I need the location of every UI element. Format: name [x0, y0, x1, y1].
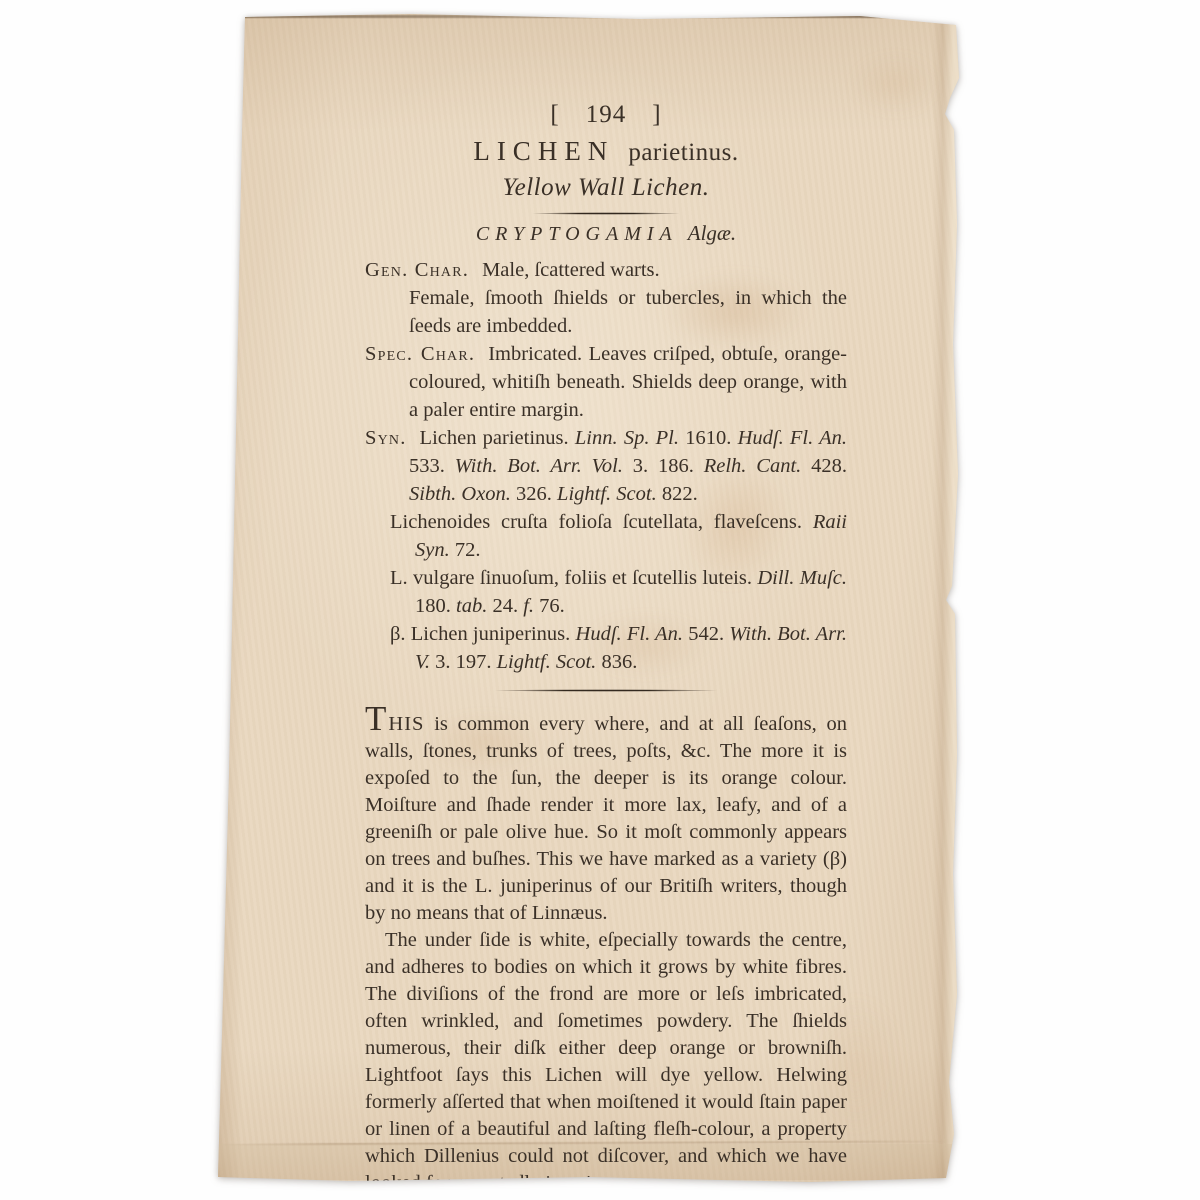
- drop-cap: T: [365, 699, 388, 738]
- page-deckle-edge: [932, 22, 962, 1182]
- entry-text: L. vulgare ſinuoſum, foliis et ſcutellis…: [365, 564, 847, 620]
- body-text: THIS is common every where, and at all ſ…: [365, 701, 847, 1197]
- book-page: [194] LICHENparietinus. Yellow Wall Lich…: [210, 14, 962, 1190]
- entry-label: Gen. Char.: [365, 259, 469, 281]
- gen-char-entry: Gen. Char.Male, ſcattered warts. Female,…: [365, 256, 847, 340]
- page-number-bracket-left: [: [550, 101, 559, 128]
- entry-text: Female, ſmooth ſhields or tubercles, in …: [365, 284, 847, 340]
- classification-class: CRYPTOGAMIA: [476, 223, 678, 245]
- title-species: parietinus.: [628, 139, 738, 166]
- common-name: Yellow Wall Lichen.: [365, 173, 847, 203]
- page-left-edge-shadow: [216, 16, 242, 1180]
- entry-text: Lichenoides cruſta folioſa ſcutellata, f…: [365, 508, 847, 564]
- synonym-juniperinus-entry: β. Lichen juniperinus. Hudſ. Fl. An. 542…: [365, 620, 847, 676]
- synonym-vulgare-entry: L. vulgare ſinuoſum, foliis et ſcutellis…: [365, 564, 847, 620]
- paragraph-text: is common every where, and at all ſeaſon…: [365, 713, 847, 924]
- classification-line: CRYPTOGAMIAAlgæ.: [365, 220, 847, 247]
- body-paragraph-1: THIS is common every where, and at all ſ…: [365, 701, 847, 927]
- section-divider-rule: [458, 689, 754, 692]
- foxing-stain: [850, 54, 940, 114]
- page-top-edge: [244, 15, 957, 18]
- description-entries: Gen. Char.Male, ſcattered warts. Female,…: [365, 256, 847, 676]
- entry-label: Syn.: [365, 427, 407, 449]
- entry-label: Spec. Char.: [365, 343, 475, 365]
- classification-division: Algæ.: [688, 221, 736, 245]
- page-number-bracket-right: ]: [652, 101, 661, 128]
- entry-text: Lichen parietinus. Linn. Sp. Pl. 1610. H…: [409, 427, 847, 505]
- synonym-lichenoides-entry: Lichenoides cruſta folioſa ſcutellata, f…: [365, 508, 847, 564]
- page-number: 194: [586, 101, 627, 128]
- page-title: LICHENparietinus.: [365, 134, 847, 170]
- entry-line: Syn.Lichen parietinus. Linn. Sp. Pl. 161…: [365, 424, 847, 508]
- page-number-line: [194]: [365, 100, 847, 130]
- title-genus: LICHEN: [473, 136, 614, 166]
- synonyms-entry: Syn.Lichen parietinus. Linn. Sp. Pl. 161…: [365, 424, 847, 508]
- entry-text: β. Lichen juniperinus. Hudſ. Fl. An. 542…: [365, 620, 847, 676]
- spec-char-entry: Spec. Char.Imbricated. Leaves criſped, o…: [365, 340, 847, 424]
- text-column: [194] LICHENparietinus. Yellow Wall Lich…: [365, 100, 847, 1197]
- book-page-wrap: [194] LICHENparietinus. Yellow Wall Lich…: [210, 14, 962, 1190]
- scan-background: [194] LICHENparietinus. Yellow Wall Lich…: [0, 0, 1200, 1200]
- header-divider-rule: [508, 212, 704, 215]
- entry-text: Male, ſcattered warts.: [482, 259, 660, 281]
- entry-line: Gen. Char.Male, ſcattered warts.: [365, 256, 847, 284]
- entry-line: Spec. Char.Imbricated. Leaves criſped, o…: [365, 340, 847, 424]
- opening-caps: HIS: [388, 713, 424, 735]
- body-paragraph-2: The under ſide is white, eſpecially towa…: [365, 927, 847, 1197]
